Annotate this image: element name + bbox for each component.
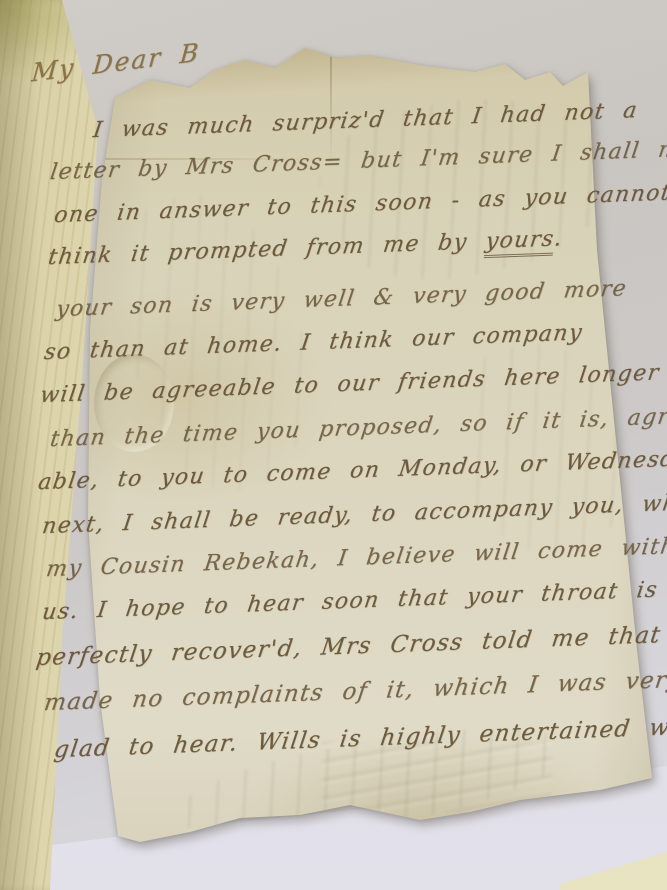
ink-bleedthrough — [105, 179, 329, 506]
ink-bleedthrough — [177, 704, 576, 862]
photograph-of-letter: My Dear B I was much surpriz'd that I ha… — [0, 0, 667, 890]
letter-page — [72, 42, 664, 848]
ink-bleedthrough — [444, 328, 651, 567]
horizontal-crease — [76, 158, 326, 160]
vertical-crease — [330, 42, 332, 164]
ink-bleedthrough — [308, 74, 626, 301]
letter-paper — [72, 42, 664, 848]
